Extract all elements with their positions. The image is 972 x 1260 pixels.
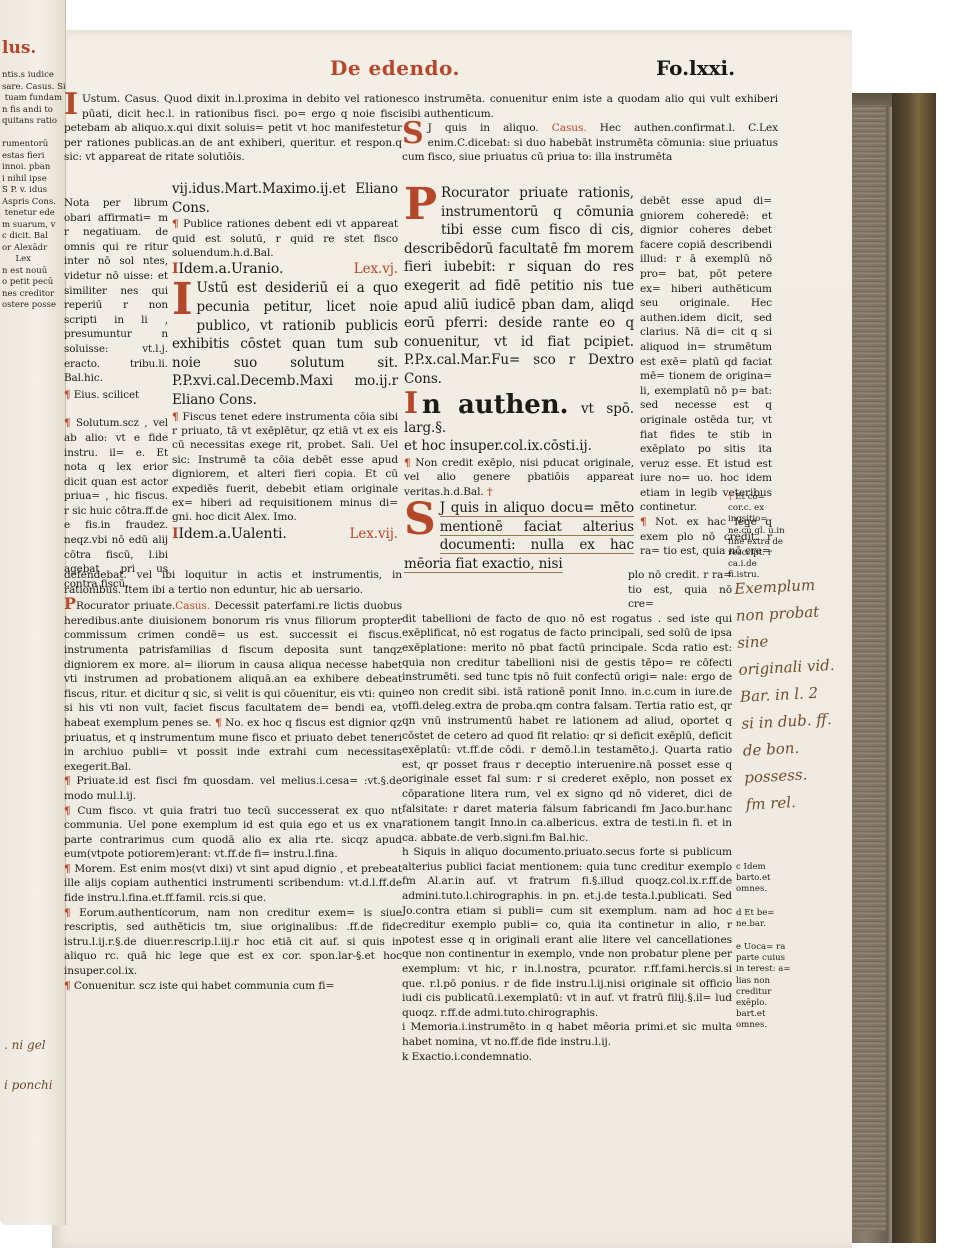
side-note-top-text: Et cō= cor.c. ex inqsitio= ne.cū gl. ū.i…	[728, 492, 785, 580]
gloss-top-right: sco instrumēta. conuenitur enim iste a q…	[402, 92, 778, 165]
not-label: Not.	[655, 516, 678, 528]
pilcrow-icon: ¶	[172, 411, 179, 423]
gloss-bottom-left: defendebat. vel ibi loquitur in actis et…	[64, 568, 402, 993]
initial-p: P	[64, 594, 76, 613]
gloss-fiscus: Fiscus tenet edere instrumenta cōia sibi…	[172, 411, 398, 524]
manuscript-line: fm rel.	[745, 786, 854, 819]
gloss-eius: Eius. scilicet	[74, 389, 139, 401]
si-quis-lead: J quis in aliquo.	[428, 122, 539, 134]
pilcrow-icon: ¶	[640, 516, 647, 528]
gloss-lead-lines: plo nō credit. r ra= tio est, quia nō cr…	[628, 568, 732, 612]
manuscript-line: de bon. possess.	[742, 732, 853, 792]
pilcrow-icon: ¶	[172, 218, 179, 230]
pilcrow-icon: ¶	[404, 457, 411, 469]
manuscript-line: non probat sine	[735, 597, 846, 657]
pilcrow-icon: ¶	[64, 805, 71, 817]
pilcrow-icon: ¶	[64, 980, 71, 992]
casus-label: Casus.	[552, 122, 587, 134]
lex-procurator-text: Rocurator priuate rationis, instrumentor…	[404, 185, 634, 387]
dagger-mark-icon: †	[487, 486, 492, 498]
side-note-e: e Uoca= ra parte cuius in terest: a= lia…	[736, 942, 794, 1032]
book-binding-edge	[848, 93, 936, 1243]
text-column-b: PRocurator priuate rationis, instrumento…	[404, 184, 634, 573]
gloss-publice: Publice rationes debent edi vt appareat …	[172, 218, 398, 259]
procurator-casus-lead: Rocurator priuate.	[76, 600, 175, 612]
facing-page-manuscript: . ni gel i ponchi	[4, 935, 53, 1095]
manuscript-annotation: Exemplum non probat sine originali vid. …	[734, 570, 855, 818]
book-page: lus. ntis.s iudice sare. Casus. Si tuam …	[52, 30, 852, 1248]
side-notes-bottom: c Idem barto.et omnes. d Et be= ne.bar. …	[736, 862, 794, 1032]
gloss-morem: Morem. Est enim mos(vt dixi) vt sint apu…	[64, 863, 402, 904]
gloss-cum-fisco: Cum fisco. vt quia fratri tuo tecū succe…	[64, 805, 402, 861]
in-authen-line: et hoc insuper.col.ix.cōsti.ij.	[404, 437, 634, 456]
facing-page-title: lus.	[2, 38, 36, 58]
initial-i: I	[64, 92, 78, 118]
no-label: No.	[225, 717, 244, 729]
initial-si-quis: S	[404, 501, 436, 538]
text-column-a: vij.idus.Mart.Maximo.ij.et Eliano Cons. …	[172, 180, 398, 544]
manuscript-line: originali vid.	[738, 651, 847, 684]
in-authen-heading: n authen.	[422, 390, 569, 420]
gloss-top-right-text: sco instrumēta. conuenitur enim iste a q…	[402, 92, 778, 121]
lex-iustu-text: Ustū est desideriū ei a quo pecunia peti…	[172, 280, 398, 408]
initial-in-authen: I	[404, 391, 418, 417]
page-edges	[848, 105, 886, 1231]
idem-heading: Idem.a.Uranio.	[178, 261, 283, 277]
date-line: vij.idus.Mart.Maximo.ij.et Eliano Cons.	[172, 180, 398, 217]
facing-page-fragment: lus. ntis.s iudice sare. Casus. Si tuam …	[0, 0, 66, 1225]
authentica-si-quis-text: J quis in aliquo docu= mēto mentionē fac…	[404, 500, 634, 573]
side-note-c: c Idem barto.et omnes.	[736, 862, 794, 896]
gloss-defendebat: defendebat. vel ibi loquitur in actis et…	[64, 568, 402, 597]
initial-procurator: P	[404, 186, 437, 223]
running-title: De edendo.	[330, 56, 460, 80]
dagger-mark-icon: †	[728, 492, 733, 502]
side-note-d: d Et be= ne.bar.	[736, 908, 794, 930]
initial-s: S	[402, 121, 424, 147]
gloss-bottom-right: plo nō credit. r ra= tio est, quia nō cr…	[402, 568, 732, 1064]
folio-number: Fo.lxxi.	[656, 56, 735, 80]
casus-label: Casus.	[175, 600, 210, 612]
cover-board	[892, 93, 936, 1243]
initial-iustu: I	[172, 281, 192, 318]
gloss-siquis: h Siquis in aliquo documento.priuato.sec…	[402, 845, 732, 1020]
idem2-heading: Idem.a.Ualenti.	[178, 526, 286, 542]
gloss-conuenitur: Conuenitur. scz iste qui habet communia …	[74, 980, 334, 992]
lex-number: Lex.vj.	[354, 260, 398, 279]
gloss-narrow-left: Nota per librum obari affirmati= m r neg…	[64, 196, 168, 591]
gloss-rationes: dit tabellioni de facto de quo nō est ro…	[402, 612, 732, 846]
gloss-exactio: k Exactio.i.condemnatio.	[402, 1050, 732, 1065]
pilcrow-icon: ¶	[215, 717, 222, 729]
pilcrow-icon: ¶	[64, 417, 71, 429]
gloss-solutum: Solutum.scz , vel ab alio: vt e fide ins…	[64, 417, 168, 590]
gloss-casus-top-left: IUstum. Casus. Quod dixit in.l.proxima i…	[64, 92, 402, 165]
gloss-eorum: Eorum.authenticorum, nam non creditur ex…	[64, 907, 402, 977]
side-note-top: † Et cō= cor.c. ex inqsitio= ne.cū gl. ū…	[728, 492, 790, 582]
pilcrow-icon: ¶	[64, 775, 71, 787]
pilcrow-icon: ¶	[64, 863, 71, 875]
gloss-column-c-text: debēt esse apud di= gniorem coheredē: et…	[640, 194, 772, 515]
gloss-priuate: Priuate.id est fisci fm quosdam. vel mel…	[64, 775, 402, 802]
gloss-non-creditur: Non credit exēplo, nisi pducat originale…	[404, 457, 634, 498]
procurator-casus-text: Decessit paterfami.re lictis duobus here…	[64, 600, 402, 729]
lex-number: Lex.vij.	[350, 525, 398, 544]
facing-page-text: ntis.s iudice sare. Casus. Si tuam funda…	[2, 70, 64, 312]
gloss-casus-text: Ustum. Casus. Quod dixit in.l.proxima in…	[64, 93, 402, 163]
gloss-nota: Nota per librum obari affirmati= m r neg…	[64, 196, 168, 386]
pilcrow-icon: ¶	[64, 389, 71, 401]
pilcrow-icon: ¶	[64, 907, 71, 919]
gloss-memoria: i Memoria.i.instrumēto in q habet mēoria…	[402, 1020, 732, 1049]
